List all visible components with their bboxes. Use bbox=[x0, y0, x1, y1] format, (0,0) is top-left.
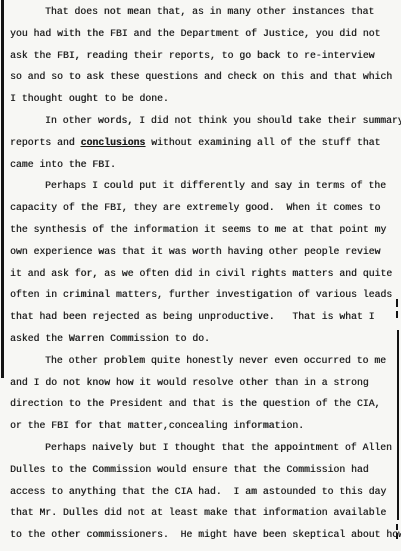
text-line: that Mr. Dulles did not at least make th… bbox=[10, 502, 401, 524]
text-line: that had been rejected as being unproduc… bbox=[10, 306, 401, 328]
text-line: access to anything that the CIA had. I a… bbox=[10, 481, 401, 503]
text-line: and I do not know how it would resolve o… bbox=[10, 372, 401, 394]
text-line: you had with the FBI and the Department … bbox=[10, 23, 401, 45]
text-segment: without examining all of the stuff that bbox=[145, 137, 380, 148]
text-line: it and ask for, as we often did in civil… bbox=[10, 263, 401, 285]
paragraph-5: Perhaps naively but I thought that the a… bbox=[10, 437, 401, 546]
text-line: In other words, I did not think you shou… bbox=[10, 110, 401, 132]
text-line: I thought ought to be done. bbox=[10, 88, 401, 110]
text-line: That does not mean that, as in many othe… bbox=[10, 1, 401, 23]
text-line: Perhaps I could put it differently and s… bbox=[10, 175, 401, 197]
paragraph-4: The other problem quite honestly never e… bbox=[10, 350, 401, 437]
scan-edge-line-left bbox=[1, 0, 4, 378]
text-line: direction to the President and that is t… bbox=[10, 393, 401, 415]
text-line: own experience was that it was worth hav… bbox=[10, 241, 401, 263]
text-line: ask the FBI, reading their reports, to g… bbox=[10, 45, 401, 67]
paragraph-3: Perhaps I could put it differently and s… bbox=[10, 175, 401, 349]
text-line: often in criminal matters, further inves… bbox=[10, 284, 401, 306]
text-line: Dulles to the Commission would ensure th… bbox=[10, 459, 401, 481]
text-line: asked the Warren Commission to do. bbox=[10, 328, 401, 350]
text-line: The other problem quite honestly never e… bbox=[10, 350, 401, 372]
paragraph-2: In other words, I did not think you shou… bbox=[10, 110, 401, 175]
document-page: That does not mean that, as in many othe… bbox=[0, 0, 401, 551]
paragraph-1: That does not mean that, as in many othe… bbox=[10, 1, 401, 110]
text-line: the synthesis of the information it seem… bbox=[10, 219, 401, 241]
text-line: capacity of the FBI, they are extremely … bbox=[10, 197, 401, 219]
underlined-word: conclusions bbox=[81, 137, 146, 148]
text-line: came into the FBI. bbox=[10, 154, 401, 176]
text-line: so and so to ask these questions and che… bbox=[10, 66, 401, 88]
text-line: or the FBI for that matter,concealing in… bbox=[10, 415, 401, 437]
text-line: to the other commissioners. He might hav… bbox=[10, 524, 401, 546]
text-line: Perhaps naively but I thought that the a… bbox=[10, 437, 401, 459]
text-segment: reports and bbox=[10, 137, 81, 148]
document-text: That does not mean that, as in many othe… bbox=[10, 1, 401, 546]
text-line: reports and conclusions without examinin… bbox=[10, 132, 401, 154]
